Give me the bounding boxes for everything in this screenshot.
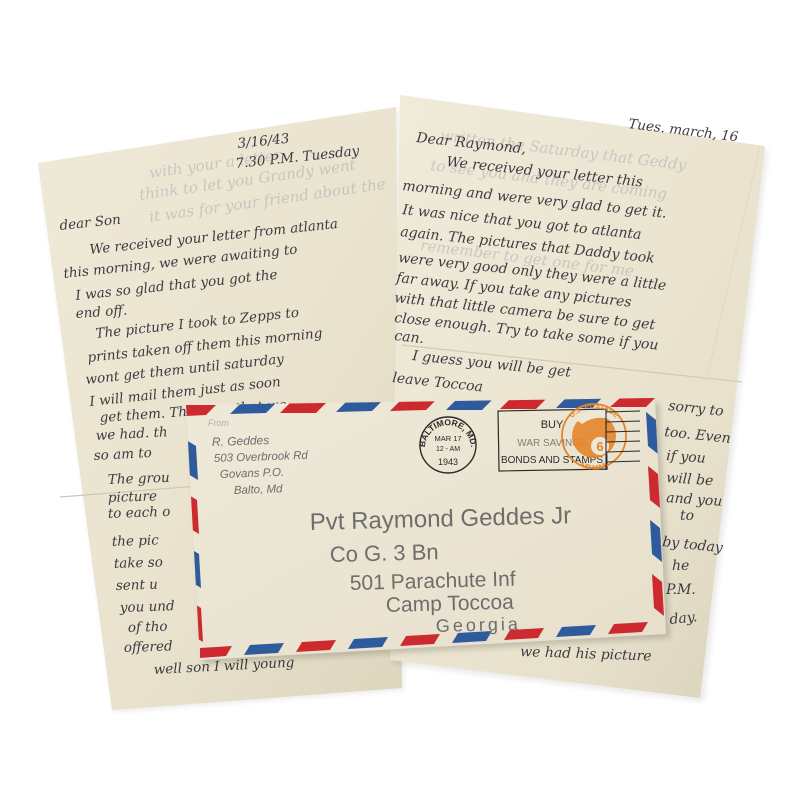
svg-text:BUY: BUY bbox=[541, 419, 564, 431]
svg-text:day.: day. bbox=[669, 609, 698, 628]
svg-text:Co G. 3 Bn: Co G. 3 Bn bbox=[329, 539, 438, 567]
svg-text:P.M.: P.M. bbox=[665, 582, 696, 598]
svg-text:if you: if you bbox=[666, 448, 706, 467]
return-address-label: From bbox=[208, 418, 230, 428]
letters-scene: with your a letter think to let you Gran… bbox=[0, 0, 800, 800]
svg-text:R. Geddes: R. Geddes bbox=[212, 433, 270, 449]
svg-text:Camp Toccoa: Camp Toccoa bbox=[386, 591, 515, 617]
svg-text:so am to: so am to bbox=[93, 445, 152, 464]
postmark-date: MAR 17 bbox=[434, 434, 461, 443]
svg-text:can.: can. bbox=[394, 328, 425, 347]
airmail-envelope: From R. Geddes 503 Overbrook Rd Govans P… bbox=[186, 397, 670, 664]
svg-text:to: to bbox=[680, 508, 694, 524]
svg-text:to each o: to each o bbox=[108, 504, 171, 522]
svg-text:will be: will be bbox=[666, 470, 714, 489]
svg-text:picture: picture bbox=[108, 488, 158, 506]
svg-text:sent u: sent u bbox=[116, 577, 159, 594]
svg-text:Georgia: Georgia bbox=[436, 614, 522, 636]
svg-text:you und: you und bbox=[119, 598, 176, 616]
svg-text:Govans P.O.: Govans P.O. bbox=[220, 467, 285, 481]
stamp-value: 6 bbox=[596, 439, 603, 454]
svg-text:he: he bbox=[672, 558, 689, 574]
photo-stage: with your a letter think to let you Gran… bbox=[0, 0, 800, 800]
svg-text:The grou: The grou bbox=[108, 470, 170, 488]
svg-text:the pic: the pic bbox=[112, 532, 160, 550]
svg-text:of tho: of tho bbox=[128, 619, 168, 636]
svg-text:Balto, Md: Balto, Md bbox=[234, 483, 284, 497]
postmark-time: 12 - AM bbox=[436, 446, 460, 453]
postmark-year: 1943 bbox=[438, 457, 458, 467]
svg-text:offered: offered bbox=[124, 638, 174, 656]
svg-text:take so: take so bbox=[114, 554, 164, 572]
